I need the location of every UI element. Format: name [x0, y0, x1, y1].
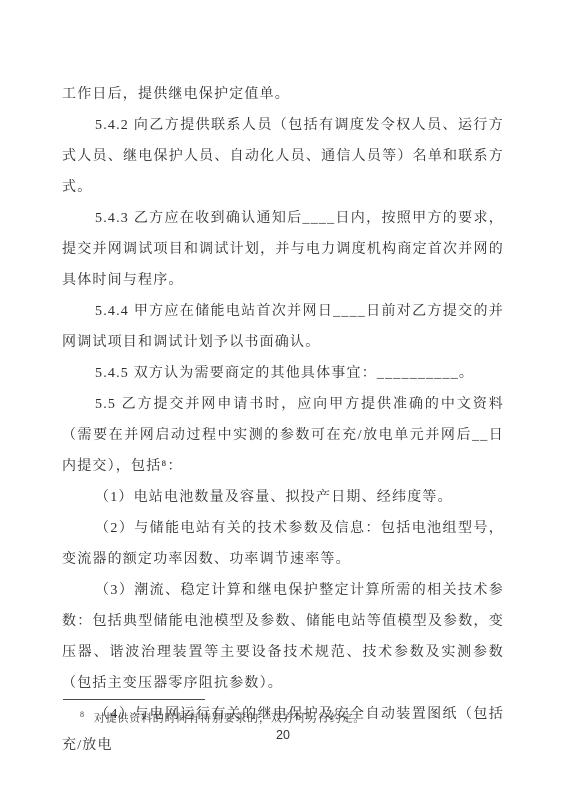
- document-body: 工作日后，提供继电保护定值单。 5.4.2 向乙方提供联系人员（包括有调度发令权…: [62, 79, 504, 761]
- footnote: 8对提供资料的时间有特别要求的，双方可另行约定。: [63, 707, 503, 727]
- clause-5-5: 5.5 乙方提交并网申请书时，应向甲方提供准确的中文资料 （需要在并网启动过程中…: [62, 389, 504, 482]
- paragraph-continuation: 工作日后，提供继电保护定值单。: [62, 79, 504, 110]
- footnote-text: 对提供资料的时间有特别要求的，双方可另行约定。: [94, 713, 365, 725]
- clause-5-4-4: 5.4.4 甲方应在储能电站首次并网日____日前对乙方提交的并网调试项目和调试…: [62, 296, 504, 358]
- clause-5-4-5: 5.4.5 双方认为需要商定的其他具体事宜：__________。: [62, 358, 504, 389]
- footnote-divider: [63, 699, 205, 700]
- page-number: 20: [0, 728, 566, 742]
- footnote-marker: 8: [80, 710, 85, 719]
- list-item-3: （3）潮流、稳定计算和继电保护整定计算所需的相关技术参数：包括典型储能电池模型及…: [62, 575, 504, 699]
- clause-5-4-3: 5.4.3 乙方应在收到确认通知后____日内，按照甲方的要求，提交并网调试项目…: [62, 203, 504, 296]
- document-page: 工作日后，提供继电保护定值单。 5.4.2 向乙方提供联系人员（包括有调度发令权…: [0, 0, 566, 800]
- clause-5-4-2: 5.4.2 向乙方提供联系人员（包括有调度发令权人员、运行方式人员、继电保护人员…: [62, 110, 504, 203]
- list-item-1: （1）电站电池数量及容量、拟投产日期、经纬度等。: [62, 482, 504, 513]
- list-item-2: （2）与储能电站有关的技术参数及信息：包括电池组型号，变流器的额定功率因数、功率…: [62, 513, 504, 575]
